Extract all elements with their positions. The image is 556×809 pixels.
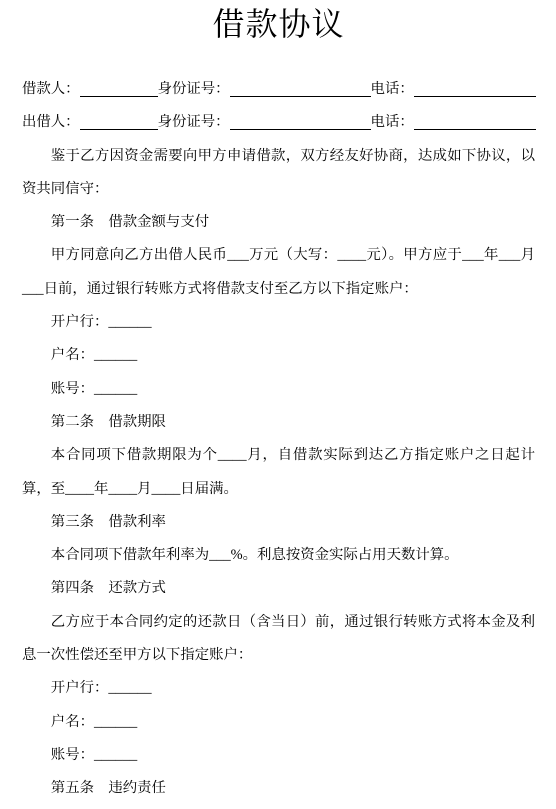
borrower-id-label: 身份证号：	[158, 81, 230, 97]
party-row-lender: 出借人：身份证号：电话：	[22, 106, 535, 139]
borrower-bank-name-line: 开户行：______	[22, 306, 535, 339]
borrower-name-blank	[80, 95, 158, 97]
borrower-account-name-line: 户名：______	[22, 339, 535, 372]
section-heading-1: 第一条 借款金额与支付	[22, 206, 535, 239]
interest-rate-paragraph: 本合同项下借款年利率为___%。利息按资金实际占用天数计算。	[22, 539, 535, 572]
borrower-account-number-line: 账号：______	[22, 373, 535, 406]
lender-phone-label: 电话：	[371, 114, 414, 130]
borrower-id-blank	[230, 95, 371, 97]
document-title: 借款协议	[22, 2, 535, 46]
lender-account-number-line: 账号：______	[22, 739, 535, 772]
lender-bank-name-line: 开户行：______	[22, 672, 535, 705]
lender-label: 出借人：	[22, 114, 80, 130]
section-heading-4: 第四条 还款方式	[22, 572, 535, 605]
borrower-label: 借款人：	[22, 81, 80, 97]
loan-amount-paragraph: 甲方同意向乙方出借人民币___万元（大写：____元）。甲方应于___年___月…	[22, 239, 535, 306]
party-row-borrower: 借款人：身份证号：电话：	[22, 73, 535, 106]
loan-term-paragraph: 本合同项下借款期限为个____月，自借款实际到达乙方指定账户之日起计算，至___…	[22, 439, 535, 506]
borrower-phone-blank	[414, 95, 536, 97]
lender-id-blank	[230, 128, 371, 130]
loan-agreement-document: 借款协议 借款人：身份证号：电话： 出借人：身份证号：电话： 鉴于乙方因资金需要…	[0, 0, 556, 809]
section-heading-3: 第三条 借款利率	[22, 506, 535, 539]
lender-id-label: 身份证号：	[158, 114, 230, 130]
repayment-paragraph: 乙方应于本合同约定的还款日（含当日）前，通过银行转账方式将本金及利息一次性偿还至…	[22, 606, 535, 673]
section-heading-5: 第五条 违约责任	[22, 772, 535, 805]
lender-phone-blank	[414, 128, 536, 130]
section-heading-2: 第二条 借款期限	[22, 406, 535, 439]
preamble-paragraph: 鉴于乙方因资金需要向甲方申请借款，双方经友好协商，达成如下协议，以资共同信守：	[22, 140, 535, 207]
lender-name-blank	[80, 128, 158, 130]
borrower-phone-label: 电话：	[371, 81, 414, 97]
lender-account-name-line: 户名：______	[22, 706, 535, 739]
